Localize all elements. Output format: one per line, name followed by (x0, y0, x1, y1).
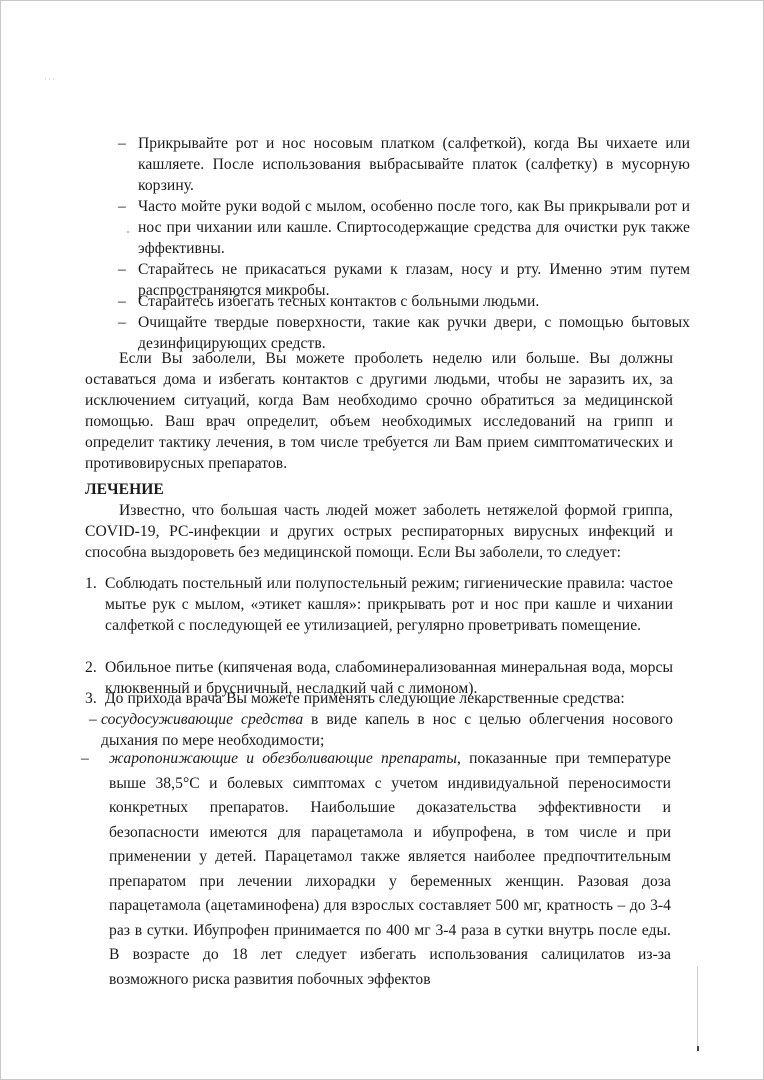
dash-marker: – (89, 709, 97, 730)
section-heading-treatment: ЛЕЧЕНИЕ (85, 479, 164, 500)
item-text: Соблюдать постельный или полупостельный … (105, 573, 673, 636)
bullet-text: Прикрывайте рот и нос носовым платком (с… (138, 133, 690, 196)
dash-marker: – (118, 312, 126, 333)
bullet-text: Старайтесь избегать тесных контактов с б… (138, 291, 690, 312)
dash-marker: – (118, 133, 126, 154)
paragraph-if-sick: Если Вы заболели, Вы можете проболеть не… (85, 348, 673, 474)
dash-marker: – (118, 291, 126, 312)
scan-margin-line (697, 966, 698, 1051)
bullet-text: Часто мойте руки водой с мылом, особенно… (138, 196, 690, 259)
item-text: До прихода врача Вы можете применять сле… (105, 688, 673, 709)
item-number: 3. (85, 688, 97, 709)
sub-item-term: сосудосуживающие средства (101, 711, 303, 728)
item-number: 1. (85, 573, 97, 594)
sub-item-description: , показанные при температуре выше 38,5°С… (109, 750, 671, 988)
dash-marker: – (81, 747, 89, 772)
document-page: – Прикрывайте рот и нос носовым платком … (0, 0, 764, 1080)
sub-item-term: жаропонижающие и обезболивающие препарат… (109, 750, 457, 767)
paragraph-treatment-intro: Известно, что большая часть людей может … (85, 500, 673, 563)
dash-marker: – (118, 259, 126, 280)
scan-speck (45, 78, 57, 80)
scan-margin-mark (697, 1046, 699, 1051)
sub-item-text: жаропонижающие и обезболивающие препарат… (109, 747, 671, 992)
scan-dot (127, 231, 129, 233)
sub-item-text: сосудосуживающие средства в виде капель … (101, 709, 673, 751)
dash-marker: – (118, 196, 126, 217)
item-number: 2. (85, 657, 97, 678)
